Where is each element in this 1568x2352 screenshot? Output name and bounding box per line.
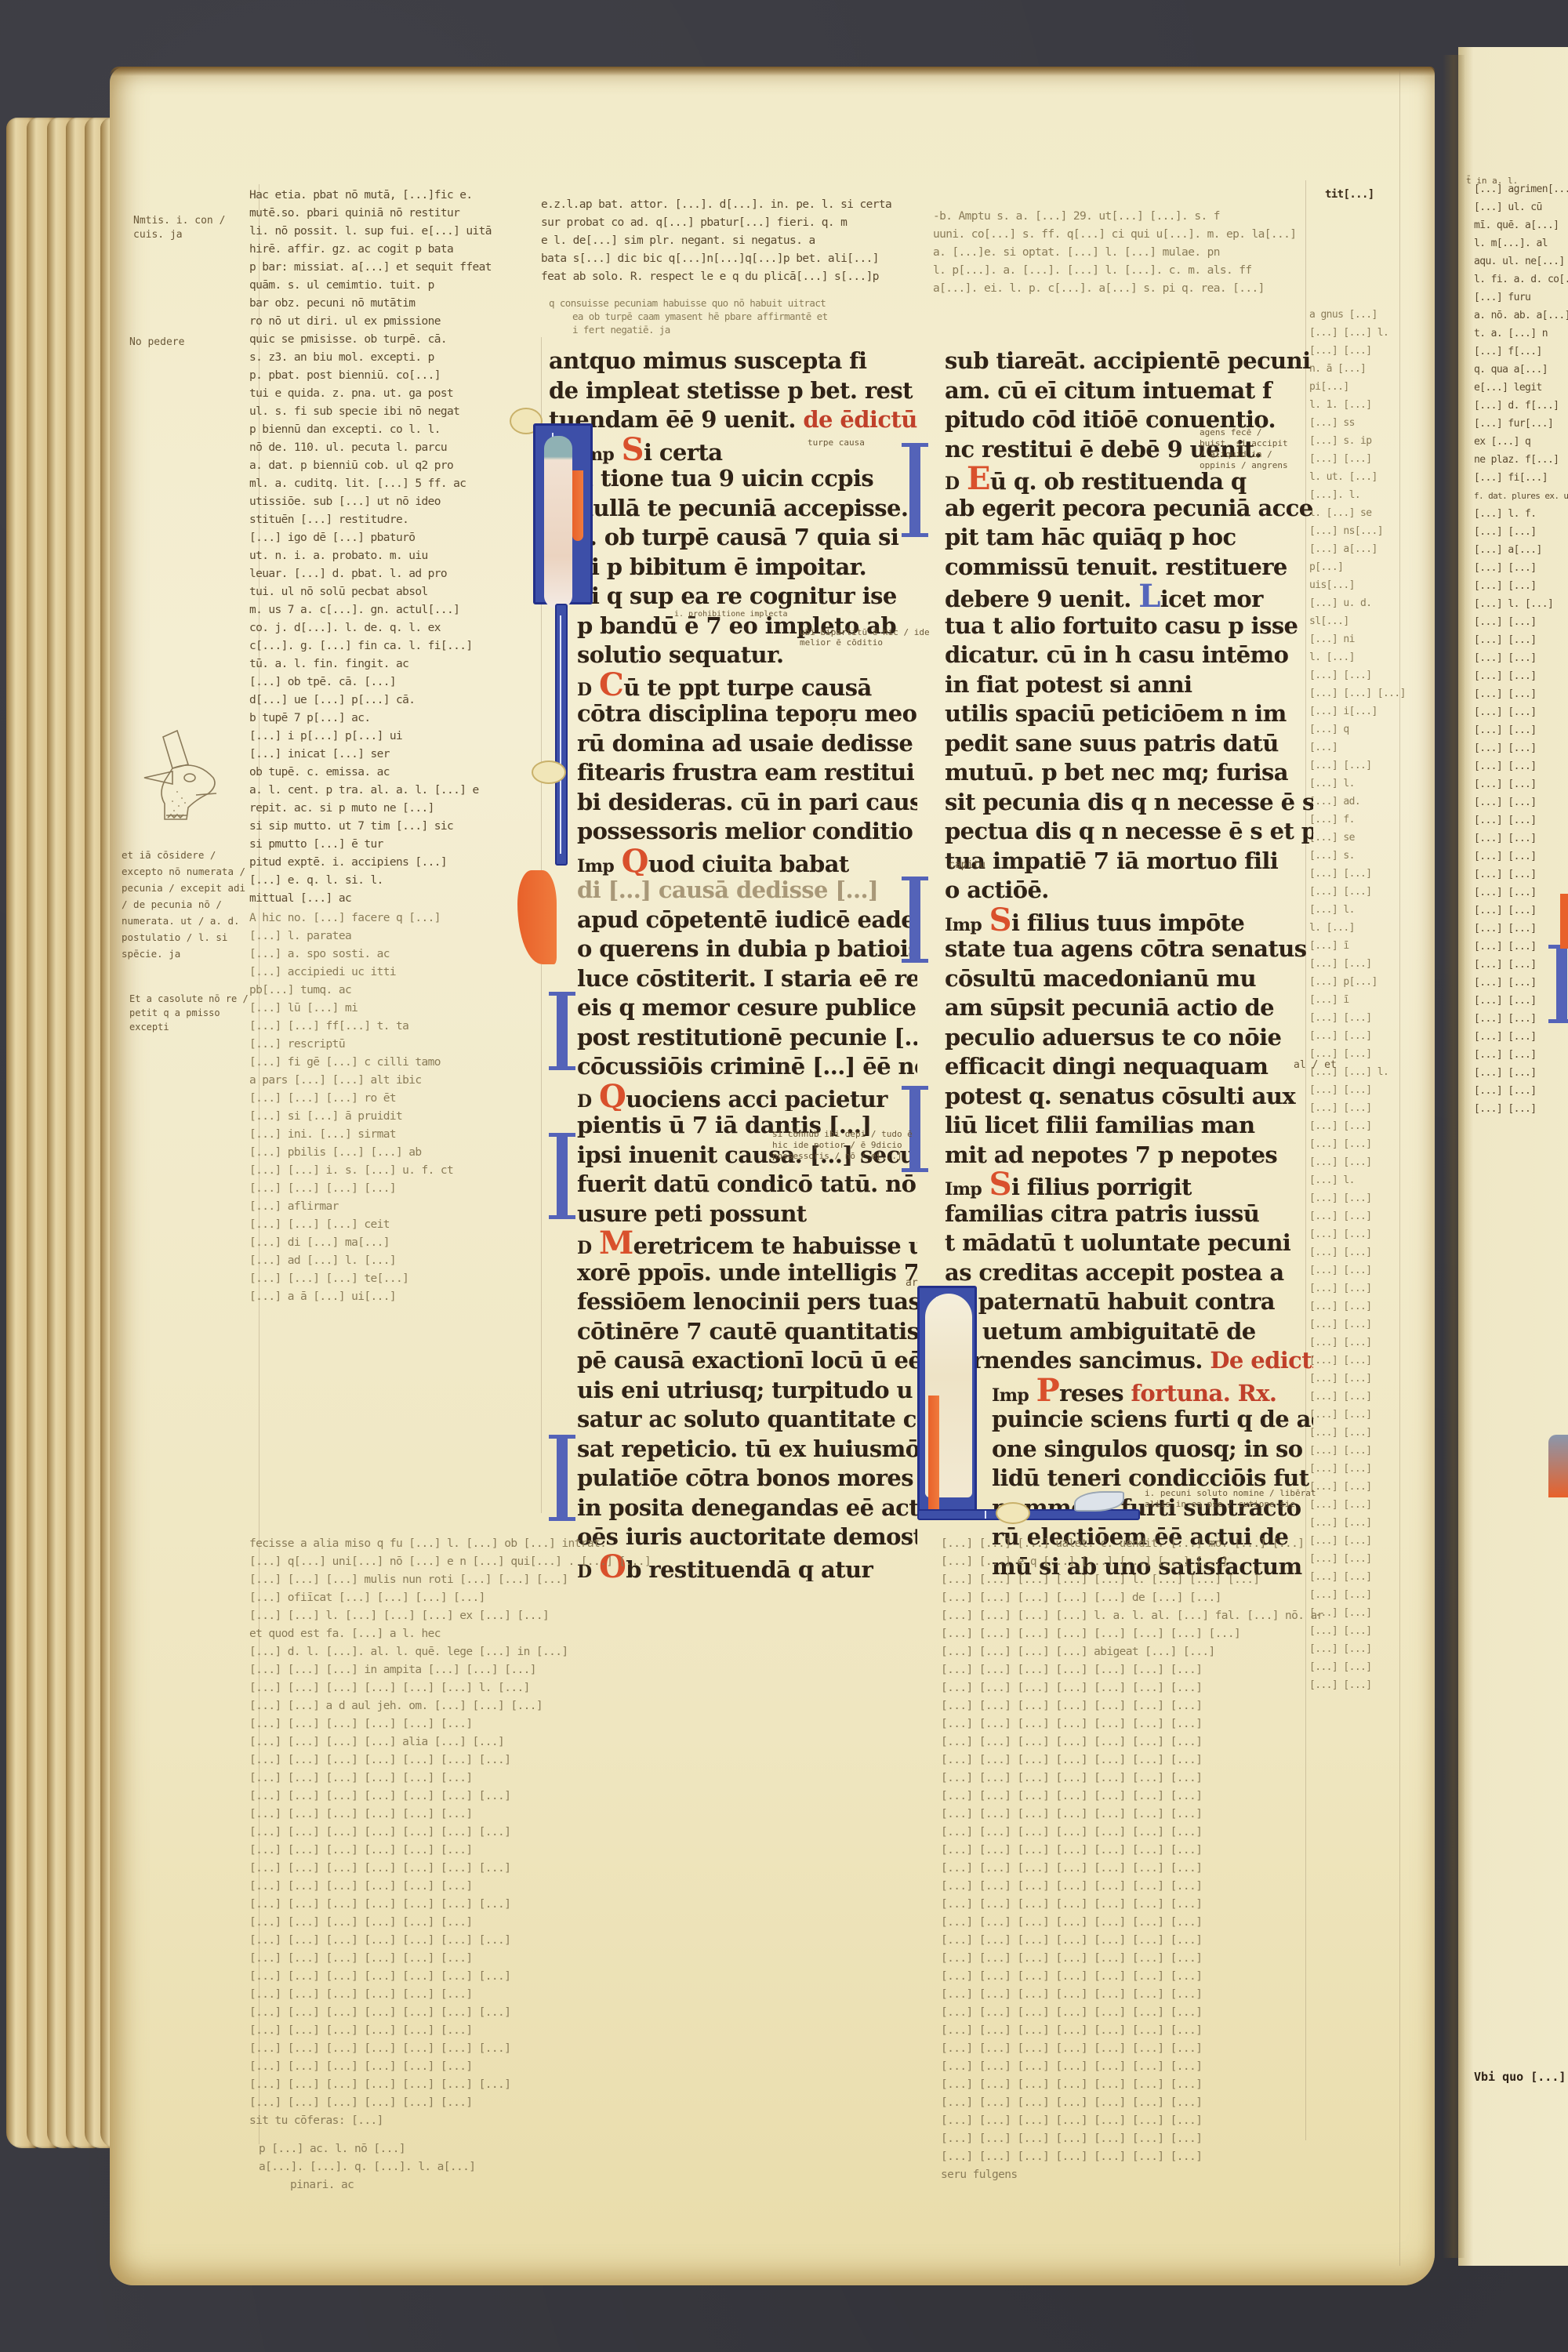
text-line: D Meretricem te habuisse u — [549, 1229, 917, 1258]
text-line: rū domina ad usaie dedisse p — [549, 729, 917, 759]
text-line: in posita denegandas eē acti — [549, 1494, 917, 1523]
red-initial: Q — [599, 1082, 626, 1112]
interlinear-note: i. pecuni soluto nomine / libērat aliis … — [1145, 1488, 1325, 1510]
text-line: pectua dis q n necesse ē s et pp — [945, 817, 1313, 847]
text-line: uis eni utriusq; turpitudo u — [549, 1376, 917, 1406]
red-initial: Q — [622, 847, 648, 877]
rubric-title: De edictio — [1210, 1347, 1313, 1374]
gloss-bottom-left-tail: p [...] ac. l. nō [...] a[...]. [...]. q… — [259, 2140, 651, 2194]
gloss-line: feat ab solo. R. respect le e q du plicā… — [541, 268, 949, 286]
red-initial: S — [989, 1170, 1011, 1200]
gloss-top-center: e.z.l.ap bat. attor. [...]. d[...]. in. … — [541, 196, 949, 286]
interlinear-note: si cōnnub ibi depi / tudo ē hic ide poti… — [772, 1129, 929, 1162]
gloss-line: bar obz. pecuni nō mutātim — [249, 295, 539, 313]
gloss-line: p [...] ac. l. nō [...] — [259, 2140, 651, 2158]
gloss-line: p biennū dan excepti. co l. l. — [249, 421, 539, 439]
text-line: familias citra patris iussū — [945, 1200, 1313, 1229]
interlinear-note: agens fecē / buist. si accipit / aliquid… — [1200, 427, 1294, 471]
rubric-title: fortuna. Rx. — [1131, 1380, 1276, 1406]
gloss-line: ea ob turpē caam ymasent hē pbare affirm… — [549, 310, 964, 323]
initial-I-tail — [555, 604, 568, 866]
blue-initial-I — [909, 443, 920, 537]
facing-page-gloss: [...] agrimen[...] [...] ul. cūmī. quē. … — [1474, 180, 1568, 1118]
text-line: mit ad nepotes 7 p nepotes — [945, 1141, 1313, 1171]
text-line: Imp Si filius porrigit — [945, 1170, 1313, 1200]
gloss-line: a. [...]e. si optat. [...] l. [...] mula… — [933, 244, 1419, 262]
gloss-line: p. pbat. post bienniū. co[...] — [249, 367, 539, 385]
text-line: in fiat potest si anni — [945, 670, 1313, 700]
text-line: liū licet filii familias man — [945, 1111, 1313, 1141]
gloss-line: -b. Amptu s. a. [...] 29. ut[...] [...].… — [933, 208, 1419, 226]
gloss-line: e.z.l.ap bat. attor. [...]. d[...]. in. … — [541, 196, 949, 214]
book-gutter — [1443, 55, 1465, 2258]
text-line: am. cū eī citum intuemat f — [945, 376, 1313, 406]
catchword: Vbi quo [...] — [1474, 2070, 1566, 2084]
rabbit-head-drawing-icon — [141, 729, 227, 831]
blue-initial-I-facing — [1556, 945, 1567, 1023]
gloss-left-column-faded: A hic no. [...] facere q [...] [...] l. … — [249, 909, 532, 1306]
red-initial: P — [1036, 1376, 1059, 1406]
text-line: puincie sciens furti q de acti — [945, 1405, 1313, 1435]
text-line: cōtinēre 7 cautē quantitatis ob t — [549, 1317, 917, 1347]
blue-initial-I — [557, 1133, 568, 1219]
gloss-line: tui e quida. z. pna. ut. ga post — [249, 385, 539, 403]
gloss-top-right: -b. Amptu s. a. [...] 29. ut[...] [...].… — [933, 208, 1419, 298]
text-line: ei p bibitum ē impoitar. — [549, 553, 917, 583]
gloss-line: q consuisse pecuniam habuisse quo nō hab… — [549, 296, 964, 310]
text-line: luce cōstiterit. I staria eē recipi — [549, 964, 917, 994]
text-line: cōtra disciplina tepoṛu meo — [549, 699, 917, 729]
text-line: pē causā exactionī locū ū eē q — [549, 1346, 917, 1376]
margin-note: Nmtis. i. con / cuis. ja — [133, 214, 251, 242]
facing-figure-initial — [1548, 1435, 1568, 1497]
text-line: fessiōem lenocinii pers tuas — [549, 1287, 917, 1317]
text-line: sit pecunia dis q n necesse ē s — [945, 788, 1313, 818]
gloss-line: ul. s. fi sub specie ibi nō negat — [249, 403, 539, 421]
text-line: de impleat stetisse p bet. rest — [549, 376, 917, 406]
text-line: pulatiōe cōtra bonos mores — [549, 1464, 917, 1494]
gloss-line: quic se pmisisse. ob turpē. cā. — [249, 331, 539, 349]
text-line: Imp Quod ciuita babat — [549, 847, 917, 877]
human-figure-drolerie — [544, 436, 572, 608]
text-line: potest q. senatus cōsulti aux — [945, 1082, 1313, 1112]
text-line: Imp Preses fortuna. Rx. — [945, 1376, 1313, 1406]
text-line: t mādatū t uoluntate pecuni — [945, 1229, 1313, 1258]
gloss-line: nō de. 110. ul. pecuta l. parcu — [249, 439, 539, 457]
blue-initial-I — [909, 877, 920, 963]
text-line: one singulos quosq; in so — [945, 1435, 1313, 1465]
text-line: tuendam ēē 9 uenit. de ēdictū — [549, 405, 917, 435]
red-initial: C — [599, 670, 623, 700]
text-line: satur ac soluto quantitate cel — [549, 1405, 917, 1435]
gloss-right-column: a gnus [...][...] [...] l.[...] [...]n. … — [1309, 306, 1407, 1694]
gloss-bottom-left: fecisse a alia miso q fu [...] l. [...] … — [249, 1535, 939, 2130]
text-line: as creditas accepit postea a — [945, 1258, 1313, 1288]
text-line: dicatur. cū in h casu intēmo — [945, 641, 1313, 670]
red-initial: M — [599, 1229, 633, 1258]
text-line: nullā te pecuniā accepisse. — [549, 494, 917, 524]
text-line: cōcussiōis criminē [...] ēē nō — [549, 1052, 917, 1082]
gloss-line: l. p[...]. a. [...]. [...] l. [...]. c. … — [933, 262, 1419, 280]
text-line: fuerit datū condicō tatū. nō 7 — [549, 1170, 917, 1200]
gloss-left-column: ml. a. cuditq. lit. [...] 5 ff. ac utiss… — [249, 475, 532, 908]
gloss-bottom-right: [...] [...] [...] ualet. c. uendit. [...… — [941, 1535, 1411, 2184]
text-line: efficacit dingi nequaquam — [945, 1052, 1313, 1082]
interlinear-note: turpe causa — [808, 436, 865, 450]
interlinear-note: i. prohibitione implecta — [674, 608, 788, 622]
gloss-line: a. dat. p bienniū cob. ul q2 pro — [249, 457, 539, 475]
gloss-line: bata s[...] dic bic q[...]n[...]q[...]p … — [541, 250, 949, 268]
interlinear-note: ubi bipartitū ē hic / ide melior ē cōdit… — [800, 627, 933, 648]
book-page-edges — [6, 118, 124, 2148]
text-line-erased: di [...] causā dedisse [...] — [549, 876, 917, 906]
margin-note: No pedere — [129, 336, 184, 350]
figure-garment — [928, 1396, 939, 1513]
text-line: u tione tua 9 uicin ccpis — [549, 464, 917, 494]
gloss-top-left: Hac etia. pbat nō mutā, [...]fic e. mutē… — [249, 187, 539, 475]
text-line: o querens in dubia p batiois — [549, 935, 917, 964]
margin-note: Et a casolute nō re / petit q a pmisso e… — [129, 992, 255, 1034]
red-initial: S — [622, 435, 644, 465]
margin-note: al / et — [1294, 1058, 1337, 1073]
text-line: cernendes sancimus. De edictio — [945, 1346, 1313, 1376]
text-line: peculio aduersus te co nōie — [945, 1023, 1313, 1053]
red-initial: E — [967, 464, 990, 494]
text-line: fitearis frustra eam restitui ti — [549, 758, 917, 788]
rubric-title: de ēdictū — [803, 406, 916, 433]
gloss-line: sur probat co ad. q[...] pbatur[...] fie… — [541, 214, 949, 232]
orange-flourish-facing — [1560, 894, 1568, 949]
blue-initial: L — [1138, 582, 1160, 612]
text-line: eū uetum ambiguitatē de — [945, 1317, 1313, 1347]
blue-initial-I — [557, 992, 568, 1070]
gloss-line: e l. de[...] sim plr. negant. si negatus… — [541, 232, 949, 250]
text-line: ei q sup ea re cognitur ise — [549, 582, 917, 612]
gloss-line: Hac etia. pbat nō mutā, [...]fic e. — [249, 187, 539, 205]
text-line: pedit sane suus patris datū — [945, 729, 1313, 759]
gloss-line: seru fulgens — [941, 2166, 1411, 2184]
gloss-line: i fert negatiē. ja — [549, 323, 964, 336]
text-line: antquo mimus suscepta fi — [549, 347, 917, 376]
gloss-line: ro nō ut diri. ul ex pmissione — [249, 313, 539, 331]
main-text-column-right: sub tiareāt. accipientē pecuni am. cū eī… — [945, 347, 1313, 1581]
text-line: mutuū. p bet nec mq; furisa — [945, 758, 1313, 788]
text-line: commissū tenuit. restituere — [945, 553, 1313, 583]
gloss-line: et quod est fa. [...] a l. hec — [249, 1625, 939, 1643]
figure-garment — [572, 470, 583, 541]
text-line: s. ob turpē causā 7 quia si — [549, 523, 917, 553]
text-line: tua t alio fortuito casu p isse — [945, 612, 1313, 641]
text-line: possessoris melior conditio — [549, 817, 917, 847]
text-line: ut paternatū habuit contra — [945, 1287, 1313, 1317]
gloss-line: a[...]. [...]. q. [...]. l. a[...] — [259, 2158, 651, 2176]
text-line: o actiōē. — [945, 876, 1313, 906]
margin-note: t̄ in a. l. — [1466, 174, 1518, 188]
gloss-line: s. z3. an biu mol. excepti. p — [249, 349, 539, 367]
text-line: cōsultū macedonianū mu — [945, 964, 1313, 994]
gloss-line: fecisse a alia miso q fu [...] l. [...] … — [249, 1535, 939, 1553]
margin-note: capitu — [949, 858, 985, 873]
text-line: ab egerit pecora pecuniā acce — [945, 494, 1313, 524]
gloss-line: quām. s. ul cemimtio. tuit. p — [249, 277, 539, 295]
text-line: post restitutionē pecunie [...] — [549, 1023, 917, 1053]
text-line: am sūpsit pecuniā actio de — [945, 993, 1313, 1023]
gloss-heading: tit[...] — [1325, 188, 1374, 201]
text-line: sub tiareāt. accipientē pecuni — [945, 347, 1313, 376]
gloss-line: a[...]. ei. l. p. c[...]. a[...] s. pi q… — [933, 280, 1419, 298]
page-edge-discoloration — [110, 67, 1435, 76]
blue-initial-I — [557, 1435, 568, 1521]
text-line: D Quociens acci pacietur — [549, 1082, 917, 1112]
text-line: D Cū te ppt turpe causā — [549, 670, 917, 700]
margin-note: f. dat. plures ex. u[...] / eo fine ff. … — [1474, 487, 1568, 505]
text-line: sat repeticio. tū ex huiusmō sti — [549, 1435, 917, 1465]
gloss-line: uuni. co[...] s. ff. q[...] ci qui u[...… — [933, 226, 1419, 244]
gloss-line: pinari. ac — [259, 2176, 651, 2194]
text-line: utilis spaciū peticiōem n im — [945, 699, 1313, 729]
gloss-line: mutē.so. pbari quiniā nō restitur — [249, 205, 539, 223]
text-line: pit tam hāc quiāq p hoc — [945, 523, 1313, 553]
text-line: eis q memor cesure publice. — [549, 993, 917, 1023]
text-line: usure peti possunt — [549, 1200, 917, 1229]
text-line: tua impatiē 7 iā mortuo fili — [945, 847, 1313, 877]
red-initial: S — [989, 906, 1011, 935]
text-line: state tua agens cōtra senatus — [945, 935, 1313, 964]
gloss-line: sit tu cōferas: [...] — [249, 2112, 939, 2130]
initial-terminal-knob — [532, 760, 566, 784]
gloss-line: hirē. affir. gz. ac cogit p bata — [249, 241, 539, 259]
text-line: apud cōpetentē iudicē eadequ — [549, 906, 917, 935]
text-line: Imp Si filius tuus impōte — [945, 906, 1313, 935]
gloss-line: li. nō possit. l. sup fui. e[...] uitā — [249, 223, 539, 241]
margin-note: et iā cōsidere / excepto nō numerata / p… — [122, 847, 255, 962]
initial-terminal-knob — [996, 1502, 1030, 1524]
gloss-line: p bar: missiat. a[...] et sequit ffeat — [249, 259, 539, 277]
text-line: bi desideras. cū in pari causa — [549, 788, 917, 818]
text-line: xorē ppoīs. unde intelligis 7 cō — [549, 1258, 917, 1288]
text-line: debere 9 uenit. Licet mor — [945, 582, 1313, 612]
margin-note: ar — [906, 1276, 918, 1290]
gloss-interlinear-note: q consuisse pecuniam habuisse quo nō hab… — [549, 296, 964, 336]
main-text-column-left: antquo mimus suscepta fi de impleat stet… — [549, 347, 917, 1581]
